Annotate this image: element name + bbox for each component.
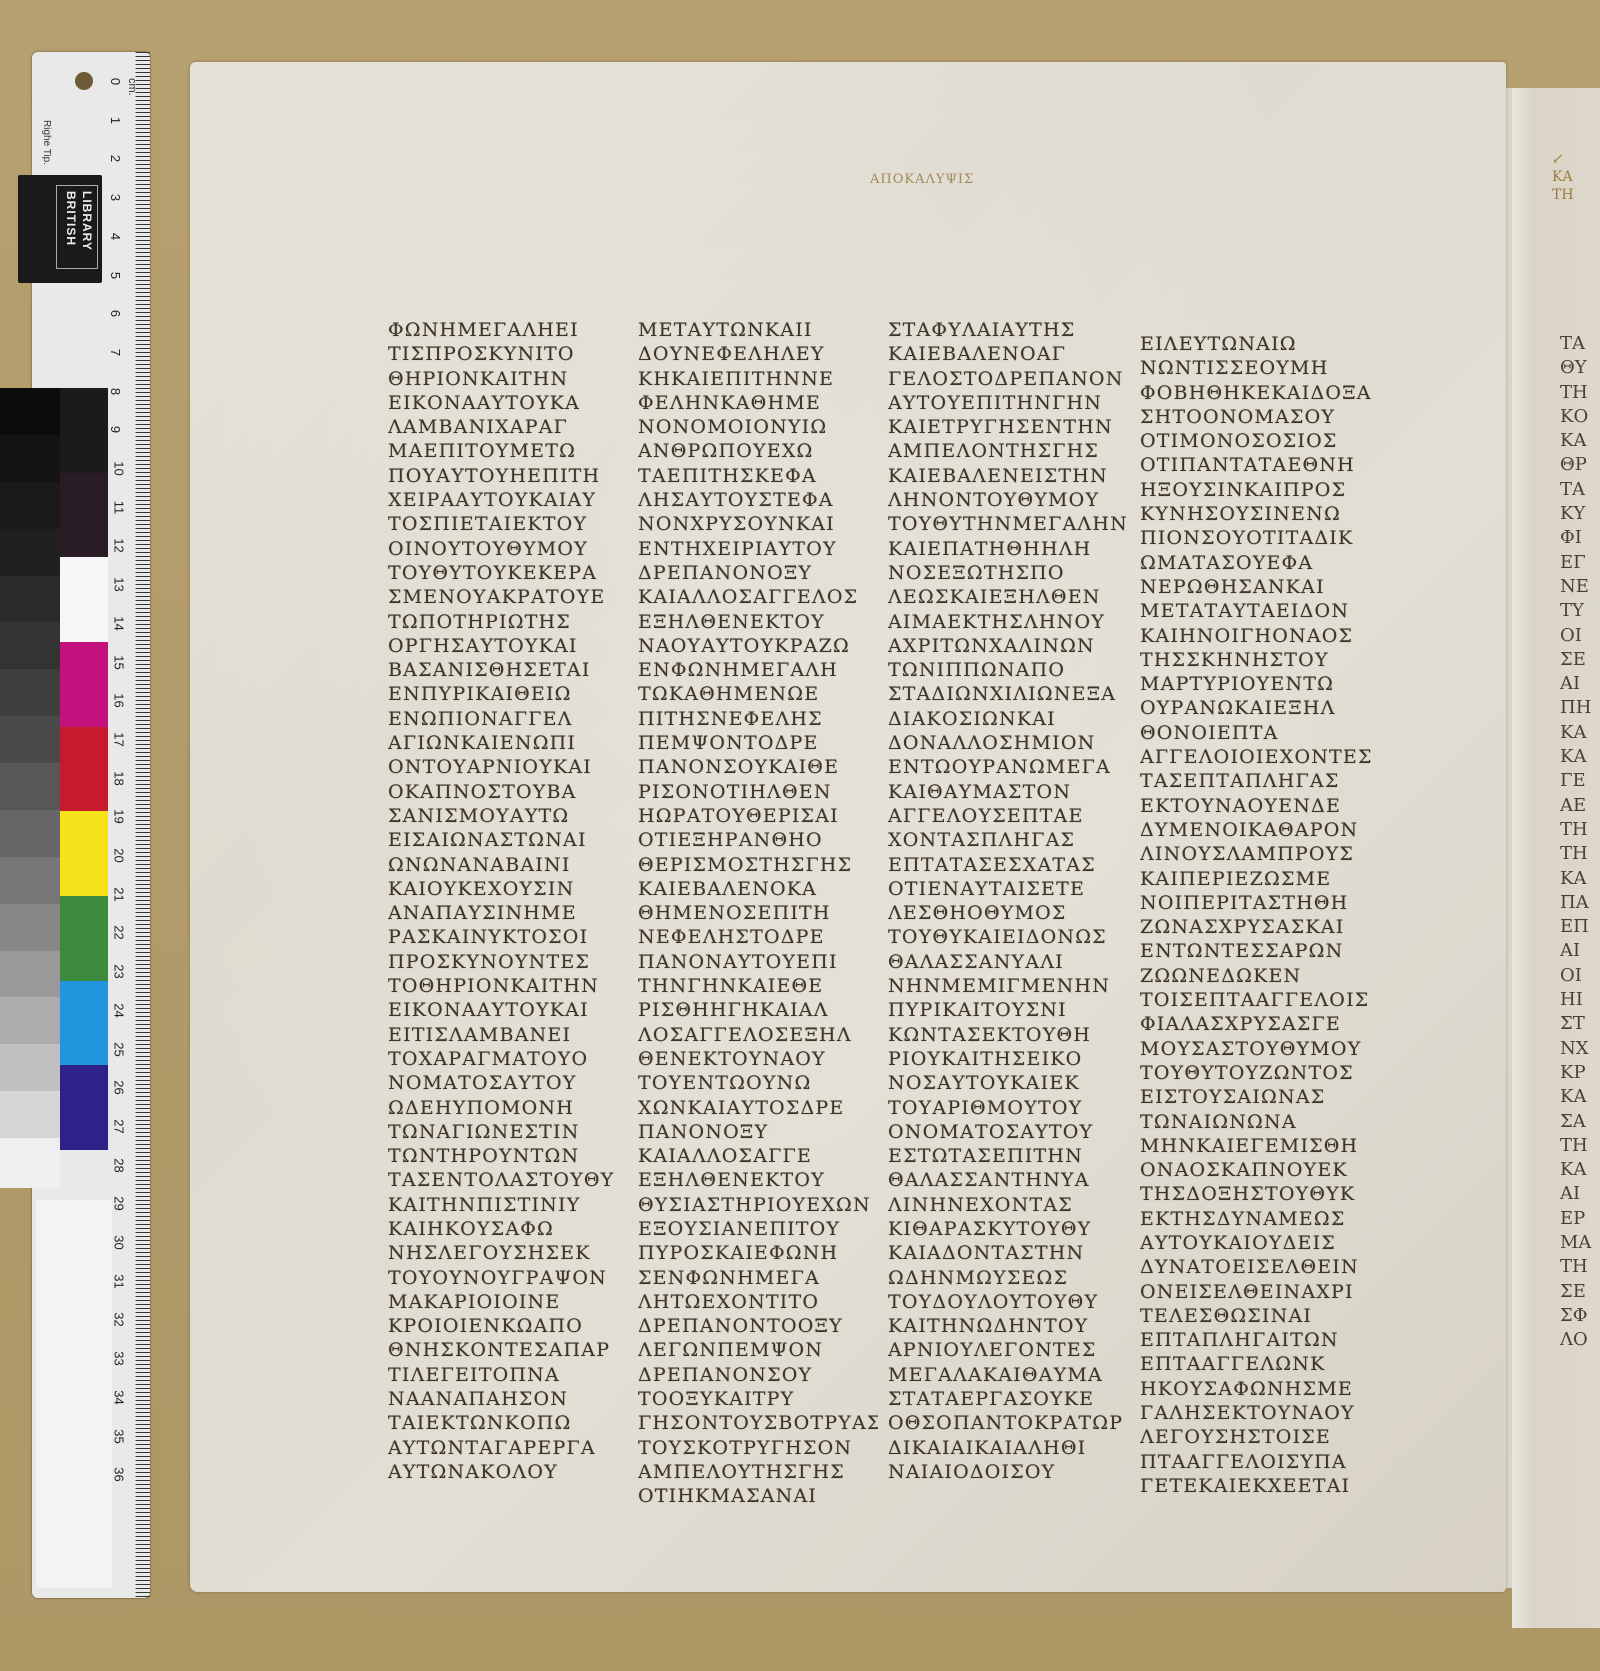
cm-mark: 3: [108, 194, 123, 201]
text-line: ΤΑ: [1560, 332, 1600, 356]
text-line: ΜΗΝΚΑΙΕΓΕΜΙΣΘΗ: [1140, 1134, 1380, 1158]
text-line: ΤΗ: [1560, 1255, 1600, 1279]
text-line: ΕΙΚΟΝΑΑΥΤΟΥΚΑΙ: [388, 998, 628, 1022]
cm-mark: 21: [112, 887, 127, 901]
cm-mark: 22: [112, 926, 127, 940]
text-line: ΝΟΜΑΤΟΣΑΥΤΟΥ: [388, 1071, 628, 1095]
text-line: ΚΑΙΤΗΝΩΔΗΝΤΟΥ: [888, 1314, 1128, 1338]
text-line: ΦΕΛΗΝΚΑΘΗΜΕ: [638, 391, 878, 415]
cm-mark: 35: [112, 1429, 127, 1443]
text-line: ΗΙ: [1560, 988, 1600, 1012]
text-line: ΟΚΑΠΝΟΣΤΟΥΒΑ: [388, 780, 628, 804]
text-line: ΠΙΤΗΣΝΕΦΕΛΗΣ: [638, 707, 878, 731]
ruler-hole: [75, 72, 93, 90]
cm-mark: 12: [112, 539, 127, 553]
text-line: ΑΓΙΩΝΚΑΙΕΝΩΠΙ: [388, 731, 628, 755]
cm-mark: 29: [112, 1197, 127, 1211]
color-swatch-blue-violet: [60, 1065, 108, 1150]
cm-mark: 27: [112, 1119, 127, 1133]
text-line: ΑΥΤΟΥΚΑΙΟΥΔΕΙΣ: [1140, 1231, 1380, 1255]
text-line: ΣΕ: [1560, 1280, 1600, 1304]
text-line: ΤΩΠΟΤΗΡΙΩΤΗΣ: [388, 610, 628, 634]
text-line: ΣΕΝΦΩΝΗΜΕΓΑ: [638, 1266, 878, 1290]
text-line: ΠΑΝΟΝΟΞΥ: [638, 1120, 878, 1144]
text-line: ΤΟΣΠΙΕΤΑΙΕΚΤΟΥ: [388, 512, 628, 536]
text-line: ΤΑΙΕΚΤΩΝΚΟΠΩ: [388, 1411, 628, 1435]
gray-step: [0, 763, 60, 810]
text-line: ΠΤΑΑΓΓΕΛΟΙΣΥΠΑ: [1140, 1450, 1380, 1474]
text-line: ΤΟΥΟΥΝΟΥΓΡΑΨΟΝ: [388, 1266, 628, 1290]
text-line: ΚΙΘΑΡΑΣΚΥΤΟΥΘΥ: [888, 1217, 1128, 1241]
text-line: ΠΟΥΑΥΤΟΥΗΕΠΙΤΗ: [388, 464, 628, 488]
running-title: ΑΠΟΚΑΛΥΨΙΣ: [870, 172, 974, 187]
text-line: ΟΤΙΕΞΗΡΑΝΘΗΟ: [638, 828, 878, 852]
cm-mark: 33: [112, 1351, 127, 1365]
text-line: ΤΟΥΘΥΤΟΥΚΕΚΕΡΑ: [388, 561, 628, 585]
text-line: ΜΑΡΤΥΡΙΟΥΕΝΤΩ: [1140, 672, 1380, 696]
text-line: ΘΗΜΕΝΟΣΕΠΙΤΗ: [638, 901, 878, 925]
text-line: ΕΝΤΩΝΤΕΣΣΑΡΩΝ: [1140, 939, 1380, 963]
text-line: ΤΟΥΘΥΤΗΝΜΕΓΑΛΗΝ: [888, 512, 1128, 536]
text-line: ΤΗ: [1560, 1134, 1600, 1158]
cm-mark: 32: [112, 1313, 127, 1327]
text-column-1: ΦΩΝΗΜΕΓΑΛΗΕΙΤΙΣΠΡΟΣΚΥΝΙΤΟΘΗΡΙΟΝΚΑΙΤΗΝΕΙΚ…: [388, 318, 628, 1484]
gray-step: [0, 388, 60, 435]
text-line: ΚΑΙΗΝΟΙΓΗΟΝΑΟΣ: [1140, 624, 1380, 648]
text-line: ΔΥΝΑΤΟΕΙΣΕΛΘΕΙΝ: [1140, 1255, 1380, 1279]
cm-mark: 6: [108, 310, 123, 317]
color-swatch-black: [60, 388, 108, 473]
text-line: ΤΙΛΕΓΕΙΤΟΠΝΑ: [388, 1363, 628, 1387]
text-column-4: ΕΙΛΕΥΤΩΝΑΙΩΝΩΝΤΙΣΣΕΟΥΜΗΦΟΒΗΘΗΚΕΚΑΙΔΟΞΑΣΗ…: [1140, 332, 1380, 1498]
cm-mark: 2: [108, 155, 123, 162]
text-line: ΕΝΠΥΡΙΚΑΙΘΕΙΩ: [388, 682, 628, 706]
british-library-logo: LIBRARY BRITISH: [18, 175, 102, 283]
cm-mark: 1: [108, 117, 123, 124]
color-swatch-cyan: [60, 981, 108, 1066]
text-line: ΔΙΑΚΟΣΙΩΝΚΑΙ: [888, 707, 1128, 731]
text-line: ΜΟΥΣΑΣΤΟΥΘΥΜΟΥ: [1140, 1037, 1380, 1061]
text-line: ΧΟΝΤΑΣΠΛΗΓΑΣ: [888, 828, 1128, 852]
text-line: ΝΕΦΕΛΗΣΤΟΔΡΕ: [638, 925, 878, 949]
text-line: ΔΙΚΑΙΑΙΚΑΙΑΛΗΘΙ: [888, 1436, 1128, 1460]
cm-mark: 4: [108, 233, 123, 240]
text-line: ΜΑΕΠΙΤΟΥΜΕΤΩ: [388, 439, 628, 463]
text-line: ΤΩΝΑΓΙΩΝΕΣΤΙΝ: [388, 1120, 628, 1144]
text-line: ΠΕΜΨΟΝΤΟΔΡΕ: [638, 731, 878, 755]
cm-mark: 15: [112, 655, 127, 669]
text-line: ΝΟΝΟΜΟΙΟΝΥΙΩ: [638, 415, 878, 439]
gray-step: [0, 576, 60, 623]
gray-step: [0, 810, 60, 857]
text-line: ΟΝΕΙΣΕΛΘΕΙΝΑΧΡΙ: [1140, 1280, 1380, 1304]
text-line: ΑΙ: [1560, 939, 1600, 963]
text-line: ΝΟΙΠΕΡΙΤΑΣΤΗΘΗ: [1140, 891, 1380, 915]
text-line: ΚΑ: [1560, 1085, 1600, 1109]
text-line: ΦΟΒΗΘΗΚΕΚΑΙΔΟΞΑ: [1140, 381, 1380, 405]
text-line: ΚΑ: [1560, 429, 1600, 453]
text-line: ΑΙ: [1560, 672, 1600, 696]
righe-label: Righe Tip.: [41, 120, 52, 165]
text-line: ΛΕΩΣΚΑΙΕΞΗΛΘΕΝ: [888, 585, 1128, 609]
cm-mark: 17: [112, 732, 127, 746]
text-line: ΟΤΙΜΟΝΟΣΟΣΙΟΣ: [1140, 429, 1380, 453]
text-line: ΤΩΝΙΠΠΩΝΑΠΟ: [888, 658, 1128, 682]
text-line: ΤΩΚΑΘΗΜΕΝΩΕ: [638, 682, 878, 706]
text-line: ΕΣΤΩΤΑΣΕΠΙΤΗΝ: [888, 1144, 1128, 1168]
text-line: ΧΩΝΚΑΙΑΥΤΟΣΔΡΕ: [638, 1096, 878, 1120]
text-line: ΘΗΡΙΟΝΚΑΙΤΗΝ: [388, 367, 628, 391]
text-line: ΝΑΟΥΑΥΤΟΥΚΡΑΖΩ: [638, 634, 878, 658]
text-line: ΡΑΣΚΑΙΝΥΚΤΟΣΟΙ: [388, 925, 628, 949]
text-line: ΠΙΟΝΣΟΥΟΤΙΤΑΔΙΚ: [1140, 526, 1380, 550]
text-line: ΚΟ: [1560, 405, 1600, 429]
text-line: ΝΑΙΑΙΟΔΟΙΣΟΥ: [888, 1460, 1128, 1484]
text-line: ΜΕΓΑΛΑΚΑΙΘΑΥΜΑ: [888, 1363, 1128, 1387]
text-line: ΚΑΙΤΗΝΠΙΣΤΙΝΙΥ: [388, 1193, 628, 1217]
text-line: ΟΙ: [1560, 964, 1600, 988]
text-line: ΠΡΟΣΚΥΝΟΥΝΤΕΣ: [388, 950, 628, 974]
text-line: ΕΚΤΟΥΝΑΟΥΕΝΔΕ: [1140, 794, 1380, 818]
text-line: ΛΙΝΗΝΕΧΟΝΤΑΣ: [888, 1193, 1128, 1217]
color-swatch-green: [60, 896, 108, 981]
text-line: ΟΝΑΟΣΚΑΠΝΟΥΕΚ: [1140, 1158, 1380, 1182]
gray-step: [0, 1091, 60, 1138]
gray-step: [0, 482, 60, 529]
text-line: ΘΥ: [1560, 356, 1600, 380]
text-line: ΟΥΡΑΝΩΚΑΙΕΞΗΛ: [1140, 696, 1380, 720]
adjacent-page-column: ΤΑΘΥΤΗΚΟΚΑΘΡΤΑΚΥΦΙΕΓΝΕΤΥΟΙΣΕΑΙΠΗΚΑΚΑΓΕΑΕ…: [1560, 332, 1600, 1352]
text-line: ΠΥΡΟΣΚΑΙΕΦΩΝΗ: [638, 1241, 878, 1265]
cm-mark: 26: [112, 1080, 127, 1094]
text-line: ΚΡ: [1560, 1061, 1600, 1085]
text-line: ΤΗΣΣΚΗΝΗΣΤΟΥ: [1140, 648, 1380, 672]
text-line: ΜΑΚΑΡΙΟΙΟΙΝΕ: [388, 1290, 628, 1314]
cm-mark: 34: [112, 1390, 127, 1404]
text-line: ΔΡΕΠΑΝΟΝΣΟΥ: [638, 1363, 878, 1387]
text-line: ΚΑΙΕΤΡΥΓΗΣΕΝΤΗΝ: [888, 415, 1128, 439]
text-line: ΕΝΦΩΝΗΜΕΓΑΛΗ: [638, 658, 878, 682]
color-swatch-yellow: [60, 811, 108, 896]
text-line: ΚΡΟΙΟΙΕΝΚΩΑΠΟ: [388, 1314, 628, 1338]
cm-mark: 5: [108, 271, 123, 278]
text-line: ΟΙ: [1560, 624, 1600, 648]
text-line: ΑΥΤΩΝΤΑΓΑΡΕΡΓΑ: [388, 1436, 628, 1460]
text-line: ΕΠΤΑΠΛΗΓΑΙΤΩΝ: [1140, 1328, 1380, 1352]
text-line: ΡΙΣΟΝΟΤΙΗΛΘΕΝ: [638, 780, 878, 804]
text-line: ΚΑΙΠΕΡΙΕΖΩΣΜΕ: [1140, 867, 1380, 891]
gray-step: [0, 1044, 60, 1091]
text-line: ΣΕ: [1560, 648, 1600, 672]
text-line: ΦΙ: [1560, 526, 1600, 550]
text-line: ΤΗ: [1560, 818, 1600, 842]
text-line: ΣΤΑΔΙΩΝΧΙΛΙΩΝΕΞΑ: [888, 682, 1128, 706]
color-swatch-magenta: [60, 642, 108, 727]
text-line: ΘΕΝΕΚΤΟΥΝΑΟΥ: [638, 1047, 878, 1071]
text-line: ΗΚΟΥΣΑΦΩΝΗΣΜΕ: [1140, 1377, 1380, 1401]
text-line: ΑΙΜΑΕΚΤΗΣΛΗΝΟΥ: [888, 610, 1128, 634]
text-line: ΟΘΣΟΠΑΝΤΟΚΡΑΤΩΡ: [888, 1411, 1128, 1435]
text-line: ΕΓ: [1560, 551, 1600, 575]
text-line: ΝΕ: [1560, 575, 1600, 599]
text-line: ΤΟΧΑΡΑΓΜΑΤΟΥΟ: [388, 1047, 628, 1071]
text-line: ΤΙΣΠΡΟΣΚΥΝΙΤΟ: [388, 342, 628, 366]
cm-mark: 30: [112, 1235, 127, 1249]
gray-step: [0, 435, 60, 482]
cm-mark: 20: [112, 848, 127, 862]
text-line: ΚΥΝΗΣΟΥΣΙΝΕΝΩ: [1140, 502, 1380, 526]
text-line: ΩΜΑΤΑΣΟΥΕΦΑ: [1140, 551, 1380, 575]
text-line: ΘΝΗΣΚΟΝΤΕΣΑΠΑΡ: [388, 1338, 628, 1362]
cm-mark: 13: [112, 577, 127, 591]
cm-mark: 14: [112, 616, 127, 630]
text-column-3: ΣΤΑΦΥΛΑΙΑΥΤΗΣΚΑΙΕΒΑΛΕΝΟΑΓΓΕΛΟΣΤΟΔΡΕΠΑΝΟΝ…: [888, 318, 1128, 1484]
text-line: ΑΜΠΕΛΟΝΤΗΣΓΗΣ: [888, 439, 1128, 463]
text-line: ΕΙΤΙΣΛΑΜΒΑΝΕΙ: [388, 1023, 628, 1047]
cm-mark: 24: [112, 1003, 127, 1017]
text-line: ΣΜΕΝΟΥΑΚΡΑΤΟΥΕ: [388, 585, 628, 609]
text-line: ΑΡΝΙΟΥΛΕΓΟΝΤΕΣ: [888, 1338, 1128, 1362]
gray-step: [0, 904, 60, 951]
text-line: ΛΟ: [1560, 1328, 1600, 1352]
text-line: ΕΙΣΤΟΥΣΑΙΩΝΑΣ: [1140, 1085, 1380, 1109]
cm-mark: 0: [108, 78, 123, 85]
text-line: ΚΑΙΑΔΟΝΤΑΣΤΗΝ: [888, 1241, 1128, 1265]
text-line: ΚΑΙΕΠΑΤΗΘΗΗΛΗ: [888, 537, 1128, 561]
text-line: ΕΞΗΛΘΕΝΕΚΤΟΥ: [638, 1168, 878, 1192]
text-line: ΣΑ: [1560, 1110, 1600, 1134]
text-line: ΤΗ: [1560, 381, 1600, 405]
text-line: ΕΙΚΟΝΑΑΥΤΟΥΚΑ: [388, 391, 628, 415]
text-line: ΓΕΛΟΣΤΟΔΡΕΠΑΝΟΝ: [888, 367, 1128, 391]
text-line: ΟΝΟΜΑΤΟΣΑΥΤΟΥ: [888, 1120, 1128, 1144]
cm-mark: 18: [112, 771, 127, 785]
text-line: ΓΗΣΟΝΤΟΥΣΒΟΤΡΥΑΣ: [638, 1411, 878, 1435]
cm-mark: 10: [112, 461, 127, 475]
text-line: ΚΑΙΑΛΛΟΣΑΓΓΕΛΟΣ: [638, 585, 878, 609]
text-line: ΠΗ: [1560, 696, 1600, 720]
text-line: ΑΓΓΕΛΟΥΣΕΠΤΑΕ: [888, 804, 1128, 828]
text-line: ΛΕΣΘΗΟΘΥΜΟΣ: [888, 901, 1128, 925]
text-line: ΑΝΘΡΩΠΟΥΕΧΩ: [638, 439, 878, 463]
text-line: ΚΑΙΕΒΑΛΕΝΕΙΣΤΗΝ: [888, 464, 1128, 488]
color-swatch-white: [60, 557, 108, 642]
text-column-2: ΜΕΤΑΥΤΩΝΚΑΙΙΔΟΥΝΕΦΕΛΗΛΕΥΚΗΚΑΙΕΠΙΤΗΝΝΕΦΕΛ…: [638, 318, 878, 1509]
text-line: ΝΧ: [1560, 1037, 1600, 1061]
text-line: ΟΙΝΟΥΤΟΥΘΥΜΟΥ: [388, 537, 628, 561]
text-line: ΤΟΥΔΟΥΛΟΥΤΟΥΘΥ: [888, 1290, 1128, 1314]
cm-mark: 19: [112, 810, 127, 824]
text-line: ΔΟΝΑΛΛΟΣΗΜΙΟΝ: [888, 731, 1128, 755]
gray-step: [0, 716, 60, 763]
text-line: ΤΟΥΘΥΤΟΥΖΩΝΤΟΣ: [1140, 1061, 1380, 1085]
text-line: ΓΑΛΗΣΕΚΤΟΥΝΑΟΥ: [1140, 1401, 1380, 1425]
text-line: ΔΥΜΕΝΟΙΚΑΘΑΡΟΝ: [1140, 818, 1380, 842]
gray-step: [0, 857, 60, 904]
text-line: ΓΕ: [1560, 769, 1600, 793]
text-line: ΤΟΥΣΚΟΤΡΥΓΗΣΟΝ: [638, 1436, 878, 1460]
text-line: ΗΩΡΑΤΟΥΘΕΡΙΣΑΙ: [638, 804, 878, 828]
gray-step: [0, 997, 60, 1044]
text-line: ΜΕΤΑΥΤΩΝΚΑΙΙ: [638, 318, 878, 342]
text-line: ΛΗΝΟΝΤΟΥΘΥΜΟΥ: [888, 488, 1128, 512]
text-line: ΝΕΡΩΘΗΣΑΝΚΑΙ: [1140, 575, 1380, 599]
text-line: ΤΩΝΑΙΩΝΩΝΑ: [1140, 1110, 1380, 1134]
text-line: ΝΟΝΧΡΥΣΟΥΝΚΑΙ: [638, 512, 878, 536]
text-line: ΔΡΕΠΑΝΟΝΟΞΥ: [638, 561, 878, 585]
text-line: ΘΟΝΟΙΕΠΤΑ: [1140, 721, 1380, 745]
text-line: ΕΠ: [1560, 915, 1600, 939]
text-line: ΟΤΙΠΑΝΤΑΤΑΕΘΝΗ: [1140, 453, 1380, 477]
cm-mark: 36: [112, 1467, 127, 1481]
text-line: ΩΝΩΝΑΝΑΒΑΙΝΙ: [388, 853, 628, 877]
marginal-note: ↙ΚΑΤΗ: [1552, 150, 1574, 204]
text-line: ΤΑΕΠΙΤΗΣΚΕΦΑ: [638, 464, 878, 488]
text-line: ΕΙΣΑΙΩΝΑΣΤΩΝΑΙ: [388, 828, 628, 852]
cm-mark: 31: [112, 1274, 127, 1288]
text-line: ΝΗΣΛΕΓΟΥΣΗΣΕΚ: [388, 1241, 628, 1265]
text-line: ΚΑ: [1560, 721, 1600, 745]
text-line: ΕΝΤΗΧΕΙΡΙΑΥΤΟΥ: [638, 537, 878, 561]
text-line: ΛΗΤΩΕΧΟΝΤΙΤΟ: [638, 1290, 878, 1314]
text-line: ΕΡ: [1560, 1207, 1600, 1231]
text-line: ΤΥ: [1560, 599, 1600, 623]
text-line: ΛΗΣΑΥΤΟΥΣΤΕΦΑ: [638, 488, 878, 512]
text-line: ΟΤΙΗΚΜΑΣΑΝΑΙ: [638, 1484, 878, 1508]
text-line: ΖΩΝΑΣΧΡΥΣΑΣΚΑΙ: [1140, 915, 1380, 939]
text-line: ΤΟΥΑΡΙΘΜΟΥΤΟΥ: [888, 1096, 1128, 1120]
text-line: ΕΠΤΑΤΑΣΕΣΧΑΤΑΣ: [888, 853, 1128, 877]
cm-mark: 8: [108, 387, 123, 394]
text-line: ΦΩΝΗΜΕΓΑΛΗΕΙ: [388, 318, 628, 342]
gray-step: [0, 951, 60, 998]
text-line: ΕΝΤΩΟΥΡΑΝΩΜΕΓΑ: [888, 755, 1128, 779]
text-line: ΘΕΡΙΣΜΟΣΤΗΣΓΗΣ: [638, 853, 878, 877]
cm-mark: 23: [112, 964, 127, 978]
text-line: ΘΑΛΑΣΣΑΝΤΗΝΥΑ: [888, 1168, 1128, 1192]
text-line: ΗΞΟΥΣΙΝΚΑΙΠΡΟΣ: [1140, 478, 1380, 502]
text-line: ΚΩΝΤΑΣΕΚΤΟΥΘΗ: [888, 1023, 1128, 1047]
text-line: ΚΑ: [1560, 745, 1600, 769]
text-line: ΣΤΑΤΑΕΡΓΑΣΟΥΚΕ: [888, 1387, 1128, 1411]
text-line: ΚΑΙΗΚΟΥΣΑΦΩ: [388, 1217, 628, 1241]
text-line: ΤΟΙΣΕΠΤΑΑΓΓΕΛΟΙΣ: [1140, 988, 1380, 1012]
text-line: ΤΟΘΗΡΙΟΝΚΑΙΤΗΝ: [388, 974, 628, 998]
text-line: ΚΑΙΕΒΑΛΕΝΟΚΑ: [638, 877, 878, 901]
text-line: ΕΠΤΑΑΓΓΕΛΩΝΚ: [1140, 1352, 1380, 1376]
text-line: ΛΙΝΟΥΣΛΑΜΠΡΟΥΣ: [1140, 842, 1380, 866]
text-line: ΣΑΝΙΣΜΟΥΑΥΤΩ: [388, 804, 628, 828]
text-line: ΠΑΝΟΝΑΥΤΟΥΕΠΙ: [638, 950, 878, 974]
gray-step: [0, 669, 60, 716]
cm-unit-label: cm.: [126, 78, 138, 96]
text-line: ΤΗ: [1560, 842, 1600, 866]
text-line: ΤΕΛΕΣΘΩΣΙΝΑΙ: [1140, 1304, 1380, 1328]
cm-mark: 16: [112, 693, 127, 707]
text-line: ΑΧΡΙΤΩΝΧΑΛΙΝΩΝ: [888, 634, 1128, 658]
color-calibration-chart: [0, 388, 108, 1198]
white-card: [36, 1200, 112, 1588]
text-line: ΖΩΩΝΕΔΩΚΕΝ: [1140, 964, 1380, 988]
text-line: ΕΙΛΕΥΤΩΝΑΙΩ: [1140, 332, 1380, 356]
text-line: ΣΗΤΟΟΝΟΜΑΣΟΥ: [1140, 405, 1380, 429]
text-line: ΡΙΟΥΚΑΙΤΗΣΕΙΚΟ: [888, 1047, 1128, 1071]
cm-mark: 28: [112, 1158, 127, 1172]
text-line: ΛΕΓΟΥΣΗΣΤΟΙΣΕ: [1140, 1425, 1380, 1449]
gray-step: [0, 622, 60, 669]
text-line: ΤΑ: [1560, 478, 1600, 502]
text-line: ΣΤΑΦΥΛΑΙΑΥΤΗΣ: [888, 318, 1128, 342]
text-line: ΝΩΝΤΙΣΣΕΟΥΜΗ: [1140, 356, 1380, 380]
text-line: ΛΟΣΑΓΓΕΛΟΣΕΞΗΛ: [638, 1023, 878, 1047]
text-line: ΛΕΓΩΝΠΕΜΨΟΝ: [638, 1338, 878, 1362]
text-line: ΘΑΛΑΣΣΑΝΥΑΛΙ: [888, 950, 1128, 974]
text-line: ΑΝΑΠΑΥΣΙΝΗΜΕ: [388, 901, 628, 925]
text-line: ΕΝΩΠΙΟΝΑΓΓΕΛ: [388, 707, 628, 731]
cm-mark: 9: [108, 426, 123, 433]
text-line: ΠΥΡΙΚΑΙΤΟΥΣΝΙ: [888, 998, 1128, 1022]
text-line: ΒΑΣΑΝΙΣΘΗΣΕΤΑΙ: [388, 658, 628, 682]
text-line: ΚΑ: [1560, 867, 1600, 891]
text-line: ΤΟΟΞΥΚΑΙΤΡΥ: [638, 1387, 878, 1411]
text-line: ΦΙΑΛΑΣΧΡΥΣΑΣΓΕ: [1140, 1012, 1380, 1036]
gray-step: [0, 529, 60, 576]
text-line: ΑΥΤΩΝΑΚΟΛΟΥ: [388, 1460, 628, 1484]
text-line: ΔΡΕΠΑΝΟΝΤΟΟΞΥ: [638, 1314, 878, 1338]
color-swatch-dark-purple: [60, 473, 108, 558]
text-line: ΠΑ: [1560, 891, 1600, 915]
text-line: ΛΑΜΒΑΝΙΧΑΡΑΓ: [388, 415, 628, 439]
text-line: ΚΑΙΕΒΑΛΕΝΟΑΓ: [888, 342, 1128, 366]
text-line: ΑΕ: [1560, 794, 1600, 818]
text-line: ΤΑΣΕΠΤΑΠΛΗΓΑΣ: [1140, 769, 1380, 793]
text-line: ΠΑΝΟΝΣΟΥΚΑΙΘΕ: [638, 755, 878, 779]
text-line: ΝΗΝΜΕΜΙΓΜΕΝΗΝ: [888, 974, 1128, 998]
text-line: ΤΟΥΕΝΤΩΟΥΝΩ: [638, 1071, 878, 1095]
text-line: ΓΕΤΕΚΑΙΕΚΧΕΕΤΑΙ: [1140, 1474, 1380, 1498]
text-line: ΘΥΣΙΑΣΤΗΡΙΟΥΕΧΩΝ: [638, 1193, 878, 1217]
text-line: ΩΔΗΝΜΩΥΣΕΩΣ: [888, 1266, 1128, 1290]
text-line: ΚΥ: [1560, 502, 1600, 526]
text-line: ΑΥΤΟΥΕΠΙΤΗΝΓΗΝ: [888, 391, 1128, 415]
text-line: ΝΟΣΑΥΤΟΥΚΑΙΕΚ: [888, 1071, 1128, 1095]
color-swatch-red: [60, 727, 108, 812]
cm-mark: 7: [108, 349, 123, 356]
text-line: ΑΙ: [1560, 1182, 1600, 1206]
text-line: ΝΑΑΝΑΠΑΗΣΟΝ: [388, 1387, 628, 1411]
text-line: ΔΟΥΝΕΦΕΛΗΛΕΥ: [638, 342, 878, 366]
text-line: ΤΗΝΓΗΝΚΑΙΕΘΕ: [638, 974, 878, 998]
text-line: ΕΞΟΥΣΙΑΝΕΠΙΤΟΥ: [638, 1217, 878, 1241]
text-line: ΡΙΣΘΗΗΓΗΚΑΙΑΛ: [638, 998, 878, 1022]
text-line: ΚΑ: [1560, 1158, 1600, 1182]
text-line: ΕΚΤΗΣΔΥΝΑΜΕΩΣ: [1140, 1207, 1380, 1231]
text-line: ΜΑ: [1560, 1231, 1600, 1255]
text-line: ΑΜΠΕΛΟΥΤΗΣΓΗΣ: [638, 1460, 878, 1484]
text-line: ΟΝΤΟΥΑΡΝΙΟΥΚΑΙ: [388, 755, 628, 779]
text-line: ΜΕΤΑΤΑΥΤΑΕΙΔΟΝ: [1140, 599, 1380, 623]
text-line: ΚΗΚΑΙΕΠΙΤΗΝΝΕ: [638, 367, 878, 391]
text-line: ΤΑΣΕΝΤΟΛΑΣΤΟΥΘΥ: [388, 1168, 628, 1192]
text-line: ΣΤ: [1560, 1012, 1600, 1036]
cm-mark: 11: [111, 500, 126, 514]
text-line: ΣΦ: [1560, 1304, 1600, 1328]
text-line: ΧΕΙΡΑΑΥΤΟΥΚΑΙΑΥ: [388, 488, 628, 512]
ruler-scale: [114, 52, 150, 1598]
text-line: ΟΡΓΗΣΑΥΤΟΥΚΑΙ: [388, 634, 628, 658]
text-line: ΘΡ: [1560, 453, 1600, 477]
text-line: ΤΗΣΔΟΞΗΣΤΟΥΘΥΚ: [1140, 1182, 1380, 1206]
